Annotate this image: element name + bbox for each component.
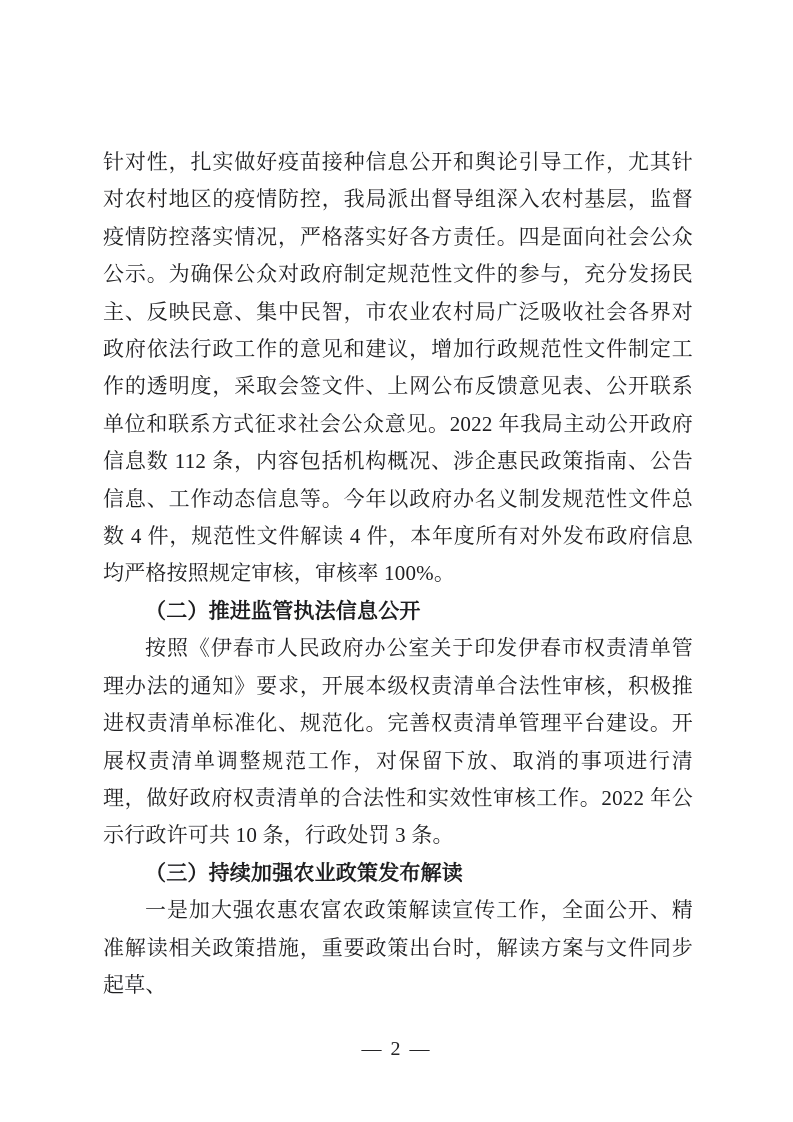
document-page: 针对性，扎实做好疫苗接种信息公开和舆论引导工作，尤其针对农村地区的疫情防控，我局… [0,0,793,1122]
document-body: 针对性，扎实做好疫苗接种信息公开和舆论引导工作，尤其针对农村地区的疫情防控，我局… [103,144,693,1004]
body-paragraph: 一是加大强农惠农富农政策解读宣传工作，全面公开、精准解读相关政策措施，重要政策出… [103,892,693,1004]
body-paragraph: 按照《伊春市人民政府办公室关于印发伊春市权责清单管理办法的通知》要求，开展本级权… [103,630,693,854]
page-number: — 2 — [362,1038,432,1060]
section-heading-2: （二）推进监管执法信息公开 [103,593,693,630]
section-heading-3: （三）持续加强农业政策发布解读 [103,855,693,892]
page-footer: — 2 — [0,1038,793,1061]
body-paragraph-continuation: 针对性，扎实做好疫苗接种信息公开和舆论引导工作，尤其针对农村地区的疫情防控，我局… [103,144,693,593]
